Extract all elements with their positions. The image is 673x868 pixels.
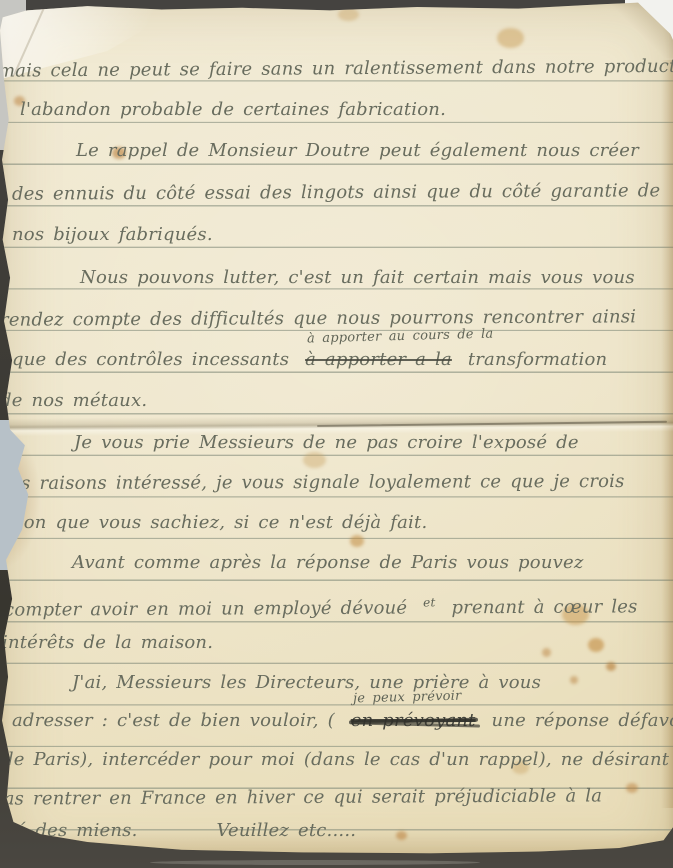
handwritten-line: Nous pouvons lutter, c'est un fait certa…	[80, 263, 635, 293]
handwritten-line: bon que vous sachiez, si ce n'est déjà f…	[12, 508, 427, 538]
line-text: prenant à cœur les	[451, 596, 637, 618]
line-text: transformation	[468, 349, 608, 370]
line-text: santé des miens.	[0, 820, 138, 841]
handwritten-line-with-insertion: compter avoir en moi un employé dévoué e…	[4, 586, 638, 619]
letter-body: mais cela ne peut se faire sans un ralen…	[0, 0, 673, 868]
correction: à apporter au cours de la à apporter a l…	[305, 345, 452, 375]
handwritten-line: pas rentrer en France en hiver ce qui se…	[0, 781, 602, 814]
handwritten-line: de Paris), intercéder pour moi (dans le …	[2, 745, 669, 775]
handwritten-line: mais cela ne peut se faire sans un ralen…	[0, 51, 673, 86]
handwritten-line: Avant comme après la réponse de Paris vo…	[72, 548, 584, 578]
handwritten-line-with-correction: adresser : c'est de bien vouloir, ( je p…	[12, 706, 673, 736]
handwritten-line: Je vous prie Messieurs de ne pas croire …	[74, 428, 579, 458]
handwritten-line: des ennuis du côté essai des lingots ain…	[12, 176, 660, 209]
closing-line: santé des miens. Veuillez etc.....	[0, 816, 356, 846]
correction: je peux prévoir en prévoyant	[351, 706, 476, 736]
handwritten-line: intérêts de la maison.	[2, 628, 213, 658]
superscript-insertion: et	[423, 595, 435, 609]
line-text: adresser : c'est de bien vouloir, (	[12, 710, 335, 731]
struck-text: à apporter a la	[305, 349, 452, 370]
handwritten-line: l'abandon probable de certaines fabricat…	[20, 95, 446, 125]
desk-edge-highlight	[150, 860, 480, 865]
handwritten-line: nos bijoux fabriqués.	[12, 220, 213, 250]
interlinear-insertion: je peux prévoir	[353, 690, 462, 707]
photo-background: mais cela ne peut se faire sans un ralen…	[0, 0, 673, 868]
handwritten-letter-page: mais cela ne peut se faire sans un ralen…	[0, 0, 673, 868]
handwritten-line: Le rappel de Monsieur Doutre peut égalem…	[76, 136, 639, 166]
handwritten-line: ces raisons intéressé, je vous signale l…	[0, 467, 625, 499]
closing-formula: Veuillez etc.....	[216, 820, 356, 841]
line-text: compter avoir en moi un employé dévoué	[4, 598, 407, 621]
line-text: une réponse défavorable	[492, 710, 673, 731]
line-text: que des contrôles incessants	[12, 349, 289, 370]
interlinear-insertion: à apporter au cours de la	[307, 328, 494, 347]
handwritten-line: de nos métaux.	[0, 386, 147, 416]
handwritten-line: J'ai, Messieurs les Directeurs, une priè…	[72, 668, 541, 698]
handwritten-line-with-correction: que des contrôles incessants à apporter …	[12, 345, 607, 375]
scratched-out-word: en prévoyant	[351, 710, 476, 731]
